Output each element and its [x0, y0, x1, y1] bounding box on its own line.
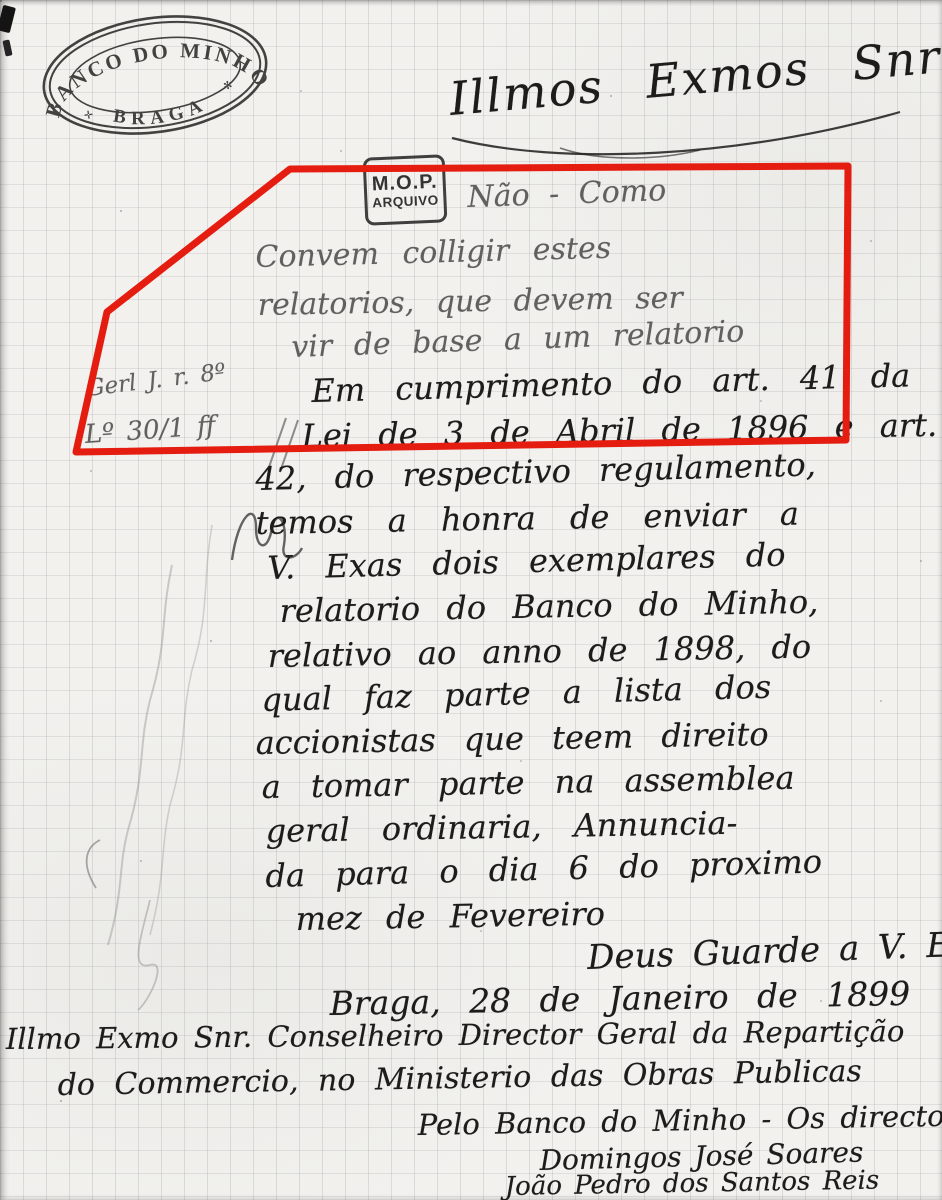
body-line: Lei de 3 de Abril de 1896 e art.: [301, 406, 937, 455]
body-line: da para o dia 6 do proximo: [265, 842, 822, 895]
scan-edge-mark: [2, 39, 12, 56]
mop-stamp-line1: M.O.P.: [371, 170, 438, 195]
pencil-margin-note: Gerl J. r. 8º: [85, 359, 227, 402]
pencil-margin-note: Lº 30/1 ff: [84, 411, 217, 450]
stamp-star-left: ✛: [83, 109, 94, 122]
body-line: qual faz parte a lista dos: [261, 668, 772, 719]
pencil-line: relatorios, que devem ser: [257, 281, 683, 323]
pencil-line: Convem colligir estes: [255, 231, 611, 275]
pencil-line: vir de base a um relatorio: [291, 314, 745, 365]
body-line: mez de Fevereiro: [295, 895, 605, 938]
stamp-bottom-text: BRAGA: [109, 92, 212, 134]
signature-intro: Pelo Banco do Minho - Os directores: [417, 1098, 942, 1142]
paper-speckles: [0, 0, 2, 2]
address-line: Illmo Exmo Snr. Conselheiro Director Ger…: [6, 1014, 905, 1056]
pencil-note: Não - Como: [467, 173, 667, 215]
body-line: geral ordinaria, Annuncia-: [265, 804, 737, 850]
body-line: temos a honra de enviar a: [255, 495, 799, 542]
scan-edge-mark: [0, 5, 16, 33]
body-line: Em cumprimento do art. 41 da: [311, 356, 911, 410]
mop-arquivo-stamp: M.O.P. ARQUIVO: [363, 154, 448, 226]
body-line: relatorio do Banco do Minho,: [279, 583, 818, 630]
body-line: a tomar parte na assemblea: [261, 759, 794, 806]
address-line: do Commercio, no Ministerio das Obras Pu…: [57, 1054, 862, 1103]
stamp-arc-text: BANCO DO MINHO: [33, 24, 278, 123]
svg-text:BANCO DO MINHO: BANCO DO MINHO: [33, 24, 278, 123]
body-line: accionistas que teem direito: [255, 715, 769, 762]
salutation: Illmos Exmos Snrs.: [447, 26, 942, 126]
mop-stamp-line2: ARQUIVO: [372, 192, 439, 210]
signature: João Pedro dos Santos Reis: [504, 1165, 879, 1200]
svg-text:BRAGA: BRAGA: [109, 92, 212, 134]
scanned-letter-page: BANCO DO MINHO BRAGA ✛ ✻ M.O.P. ARQUIVO …: [0, 0, 942, 1200]
valediction: Deus Guarde a V. Exas: [587, 923, 942, 978]
body-line: V. Exas dois exemplares do: [267, 535, 786, 587]
stamp-star-right: ✻: [222, 79, 233, 92]
